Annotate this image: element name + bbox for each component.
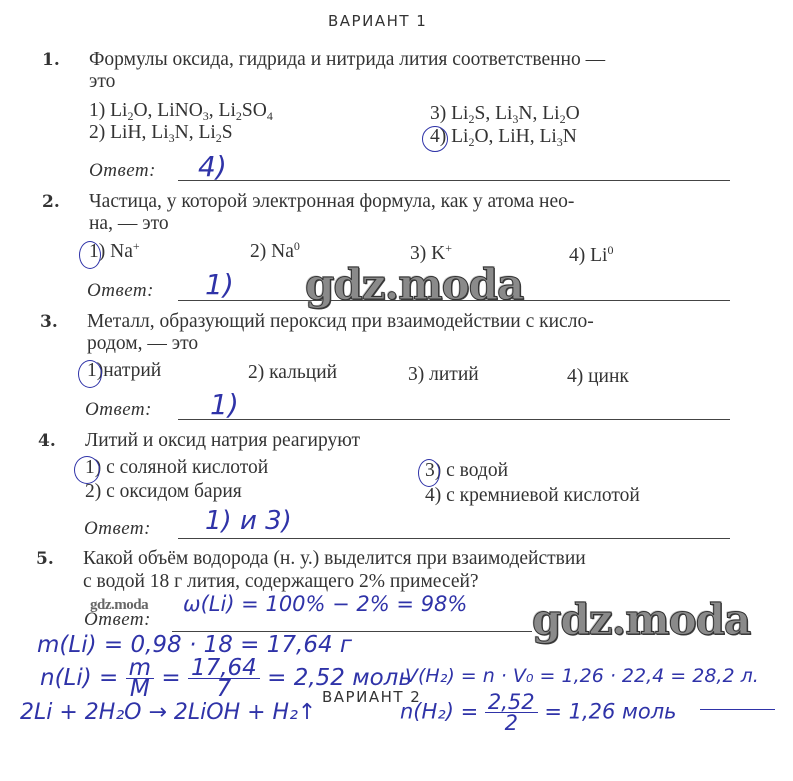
- particle: Na: [110, 241, 133, 262]
- option-number: 2): [89, 122, 105, 143]
- watermark: gdz.moda: [305, 260, 523, 309]
- question-4-number: 4.: [38, 431, 56, 451]
- question-2-text-line-2: на, — это: [89, 213, 169, 235]
- formula-part: LiH, Li: [110, 122, 169, 143]
- formula-part: O, LiH, Li: [474, 126, 556, 147]
- formula-part: , Li: [209, 100, 236, 121]
- solution-volume-hydrogen: V(H₂) = n · V₀ = 1,26 · 22,4 = 28,2 л.: [405, 665, 759, 687]
- option-label: литий: [429, 364, 479, 385]
- question-1-option-3[interactable]: 3) Li2S, Li3N, Li2O: [430, 103, 580, 125]
- question-3-answer-label: Ответ:: [85, 399, 152, 421]
- question-4-option-1[interactable]: 1) с соляной кислотой: [85, 457, 268, 479]
- formula-part: S, Li: [474, 103, 512, 124]
- option-label: с соляной кислотой: [106, 457, 268, 478]
- fraction-moles: 2,522: [485, 692, 538, 733]
- question-5-text-line-1: Какой объём водорода (н. у.) выделится п…: [83, 548, 586, 570]
- solution-reaction-equation: 2Li + 2H₂O → 2LiOH + H₂↑: [20, 700, 316, 725]
- formula-part: O: [566, 103, 580, 124]
- equals: =: [161, 665, 180, 691]
- moles-label: n(H₂) =: [400, 700, 478, 724]
- option-label: с оксидом бария: [106, 481, 242, 502]
- option-number: 2): [85, 481, 101, 502]
- answer-circle-mark: [79, 241, 101, 269]
- question-4-option-4[interactable]: 4) с кремниевой кислотой: [425, 485, 640, 507]
- question-3-option-3[interactable]: 3) литий: [408, 364, 479, 386]
- particle: Na: [271, 241, 294, 262]
- question-3-option-4[interactable]: 4) цинк: [567, 366, 629, 388]
- underline-mark: [700, 709, 775, 710]
- option-number: 4): [567, 366, 583, 387]
- formula-part: Li: [451, 103, 468, 124]
- option-number: 4): [425, 485, 441, 506]
- moles-label: n(Li) =: [40, 665, 118, 691]
- denominator: 7: [188, 679, 260, 699]
- option-label: с водой: [446, 460, 508, 481]
- option-number: 3): [430, 103, 446, 124]
- question-1-answer-label: Ответ:: [89, 160, 156, 182]
- formula-part: SO: [242, 100, 267, 121]
- formula-part: Li: [110, 100, 127, 121]
- option-label: кальций: [269, 362, 337, 383]
- question-4-option-2[interactable]: 2) с оксидом бария: [85, 481, 242, 503]
- solution-moles-hydrogen: n(H₂) = 2,522 = 1,26 моль: [400, 692, 677, 733]
- question-2-option-4[interactable]: 4) Li0: [569, 245, 613, 267]
- option-number: 2): [250, 241, 266, 262]
- question-2-answer-label: Ответ:: [87, 280, 154, 302]
- charge: +: [445, 241, 452, 255]
- answer-circle-mark: [78, 360, 102, 388]
- question-1-option-2[interactable]: 2) LiH, Li3N, Li2S: [89, 122, 233, 144]
- question-4-answer-label: Ответ:: [84, 518, 151, 540]
- question-5-answer-label: Ответ:: [84, 609, 151, 631]
- option-label: натрий: [103, 360, 161, 381]
- question-5-text-line-2: с водой 18 г лития, содержащего 2% приме…: [83, 571, 479, 593]
- option-number: 3): [408, 364, 424, 385]
- option-label: с кремниевой кислотой: [446, 485, 640, 506]
- subscript: 4: [267, 109, 273, 123]
- charge: 0: [294, 239, 300, 253]
- question-3-number: 3.: [40, 312, 58, 332]
- option-label: цинк: [588, 366, 629, 387]
- answer-circle-mark: [74, 456, 100, 484]
- formula-part: N: [563, 126, 577, 147]
- fraction-values: 17,647: [188, 658, 260, 699]
- moles-result: = 1,26 моль: [544, 700, 676, 724]
- formula-part: N, Li: [175, 122, 216, 143]
- question-5-number: 5.: [36, 549, 54, 569]
- question-3-handwritten-answer: 1): [210, 388, 239, 421]
- question-3-option-2[interactable]: 2) кальций: [248, 362, 337, 384]
- question-1-answer-line[interactable]: [178, 180, 730, 181]
- question-4-answer-line[interactable]: [178, 538, 730, 539]
- option-number: 1): [89, 100, 105, 121]
- formula-part: S: [222, 122, 233, 143]
- formula-part: N, Li: [518, 103, 559, 124]
- answer-circle-mark: [418, 459, 440, 487]
- denominator: M: [126, 679, 154, 699]
- question-1-text-line-1: Формулы оксида, гидрида и нитрида лития …: [89, 49, 605, 71]
- denominator: 2: [485, 713, 538, 733]
- watermark: gdz.moda: [532, 595, 750, 644]
- question-1-handwritten-answer: 4): [198, 150, 227, 183]
- solution-mass-fraction: ω(Li) = 100% − 2% = 98%: [183, 592, 467, 616]
- question-2-text-line-1: Частица, у которой электронная формула, …: [89, 191, 574, 213]
- option-number: 2): [248, 362, 264, 383]
- question-4-text-line-1: Литий и оксид натрия реагируют: [85, 430, 360, 452]
- answer-circle-mark: [422, 126, 448, 152]
- charge: +: [133, 239, 140, 253]
- charge: 0: [607, 243, 613, 257]
- question-2-option-2[interactable]: 2) Na0: [250, 241, 300, 263]
- question-2-handwritten-answer: 1): [205, 268, 234, 301]
- question-1-option-1[interactable]: 1) Li2O, LiNO3, Li2SO4: [89, 100, 273, 122]
- fraction-m-over-M: mM: [126, 658, 154, 699]
- question-3-text-line-2: родом, — это: [87, 333, 198, 355]
- option-number: 4): [569, 245, 585, 266]
- question-1-text-line-2: это: [89, 71, 115, 93]
- formula-part: Li: [451, 126, 468, 147]
- particle: Li: [590, 245, 607, 266]
- numerator: 2,52: [485, 692, 538, 713]
- question-3-text-line-1: Металл, образующий пероксид при взаимоде…: [87, 311, 594, 333]
- question-3-answer-line[interactable]: [178, 419, 730, 420]
- question-1-number: 1.: [42, 50, 60, 70]
- variant-title: ВАРИАНТ 1: [328, 12, 427, 30]
- question-4-handwritten-answer: 1) и 3): [205, 506, 292, 536]
- question-2-number: 2.: [42, 192, 60, 212]
- question-1-option-4[interactable]: 4) Li2O, LiH, Li3N: [430, 126, 577, 148]
- formula-part: O, LiNO: [133, 100, 202, 121]
